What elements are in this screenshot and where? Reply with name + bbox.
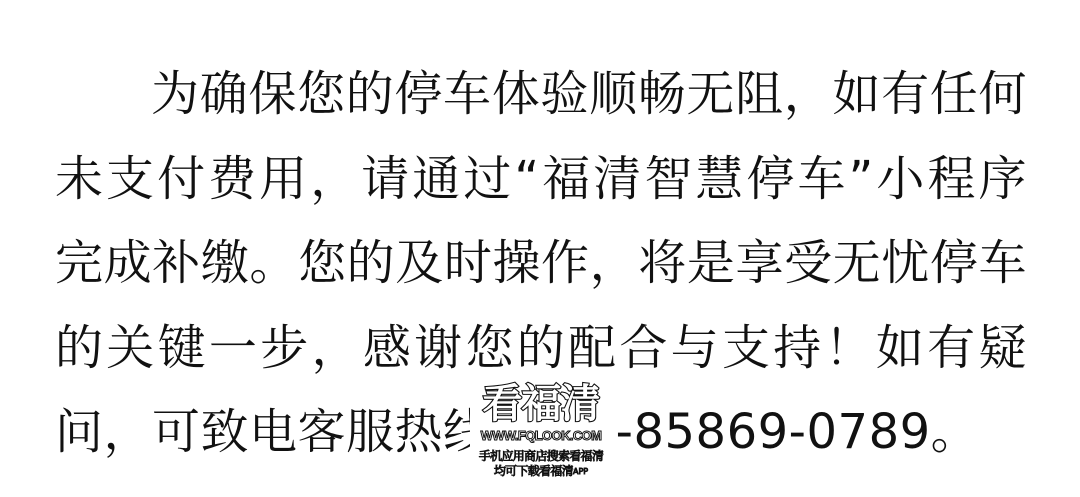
watermark-line-2: 均可下载看福清APP <box>494 464 588 479</box>
watermark-line-1: 手机应用商店搜索看福清 <box>479 449 603 464</box>
watermark-url: WWW.FQLOOK.COM <box>481 429 602 443</box>
site-watermark: 看福清 WWW.FQLOOK.COM 手机应用商店搜索看福清 均可下载看福清AP… <box>470 381 612 485</box>
watermark-line-2-text: 均可下载看福清 <box>494 464 573 478</box>
watermark-logo: 看福清 <box>483 382 600 426</box>
watermark-app-label: APP <box>573 467 588 476</box>
